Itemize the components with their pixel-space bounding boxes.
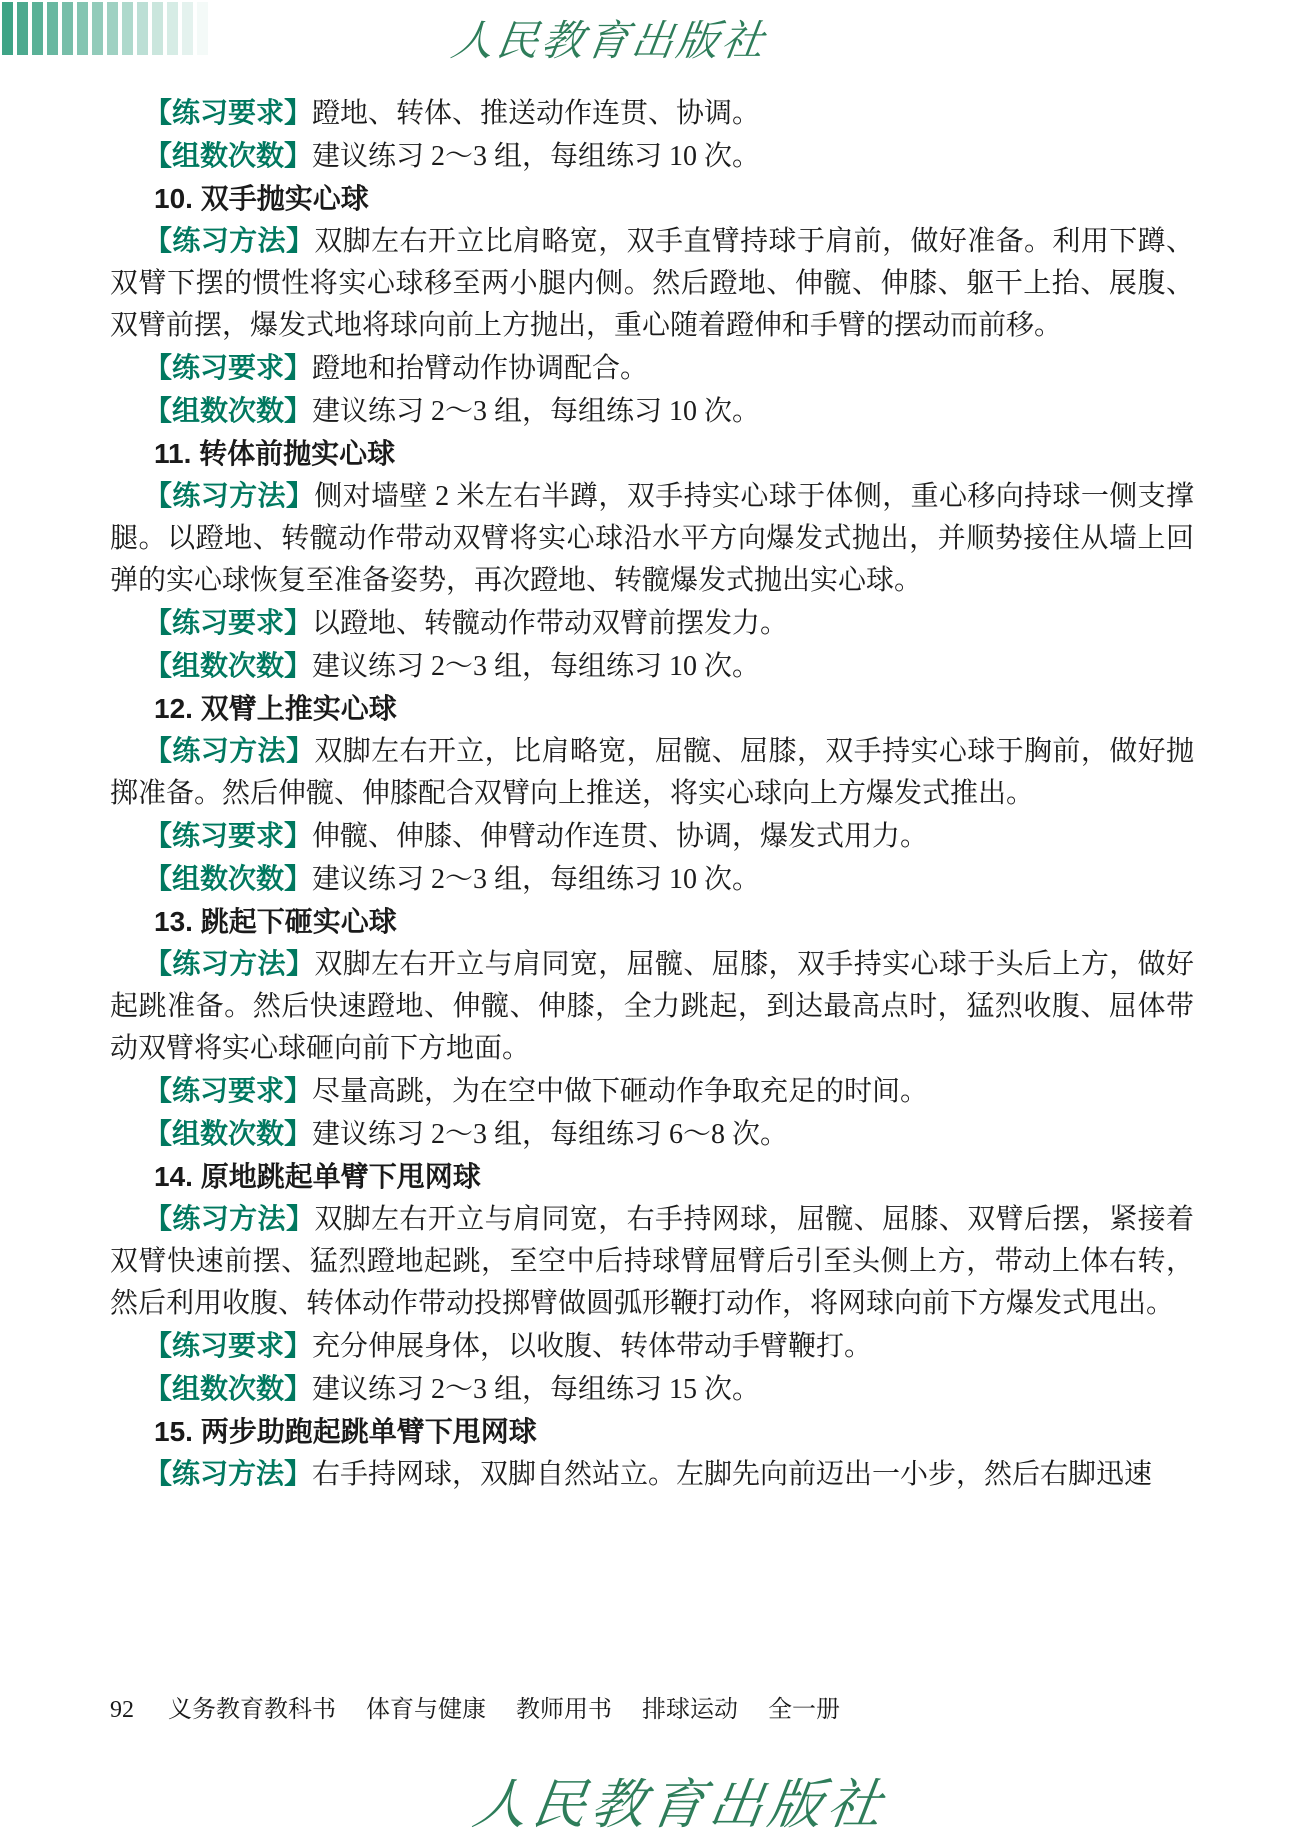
footer-segment: 全一册 [768, 1695, 840, 1725]
practice-label: 【练习方法】 [144, 225, 314, 256]
decorative-bar [77, 2, 88, 55]
decorative-bar [17, 2, 28, 55]
practice-text: 伸髋、伸膝、伸臂动作连贯、协调，爆发式用力。 [312, 821, 928, 852]
practice-text: 蹬地和抬臂动作协调配合。 [312, 353, 648, 384]
practice-text: 蹬地、转体、推送动作连贯、协调。 [312, 98, 760, 129]
exercise-heading: 10. 双手抛实心球 [110, 178, 1194, 220]
practice-text: 以蹬地、转髋动作带动双臂前摆发力。 [312, 608, 788, 639]
footer-segment: 排球运动 [642, 1695, 738, 1725]
practice-paragraph: 【组数次数】建议练习 2～3 组，每组练习 10 次。 [110, 135, 1194, 178]
decorative-bar [182, 2, 193, 55]
footer-title: 义务教育教科书体育与健康教师用书排球运动全一册 [168, 1695, 840, 1725]
decorative-bar [62, 2, 73, 55]
practice-paragraph: 【练习要求】以蹬地、转髋动作带动双臂前摆发力。 [110, 602, 1194, 645]
practice-text: 建议练习 2～3 组，每组练习 15 次。 [312, 1374, 760, 1405]
practice-text: 建议练习 2～3 组，每组练习 10 次。 [312, 396, 760, 427]
footer-segment: 教师用书 [516, 1695, 612, 1725]
practice-label: 【组数次数】 [144, 395, 312, 426]
footer-segment: 体育与健康 [366, 1695, 486, 1725]
practice-paragraph: 【练习要求】伸髋、伸膝、伸臂动作连贯、协调，爆发式用力。 [110, 815, 1194, 858]
practice-label: 【组数次数】 [144, 650, 312, 681]
exercise-heading: 15. 两步助跑起跳单臂下甩网球 [110, 1411, 1194, 1453]
practice-label: 【练习要求】 [144, 352, 312, 383]
practice-paragraph: 【练习要求】蹬地和抬臂动作协调配合。 [110, 347, 1194, 390]
practice-paragraph: 【练习方法】双脚左右开立与肩同宽，右手持网球，屈髋、屈膝、双臂后摆，紧接着双臂快… [110, 1198, 1194, 1325]
page: 人民教育出版社 【练习要求】蹬地、转体、推送动作连贯、协调。【组数次数】建议练习… [0, 0, 1303, 1842]
practice-label: 【练习要求】 [144, 607, 312, 638]
publisher-logo-bottom: 人民教育出版社 [469, 1762, 893, 1839]
decorative-bar [2, 2, 13, 55]
practice-label: 【练习要求】 [144, 1075, 312, 1106]
exercise-heading: 13. 跳起下砸实心球 [110, 901, 1194, 943]
practice-paragraph: 【组数次数】建议练习 2～3 组，每组练习 6～8 次。 [110, 1113, 1194, 1156]
exercise-heading: 14. 原地跳起单臂下甩网球 [110, 1156, 1194, 1198]
practice-paragraph: 【组数次数】建议练习 2～3 组，每组练习 15 次。 [110, 1368, 1194, 1411]
exercise-heading: 12. 双臂上推实心球 [110, 688, 1194, 730]
practice-paragraph: 【练习要求】蹬地、转体、推送动作连贯、协调。 [110, 92, 1194, 135]
practice-label: 【练习要求】 [144, 820, 312, 851]
practice-label: 【练习方法】 [144, 948, 314, 979]
practice-text: 建议练习 2～3 组，每组练习 10 次。 [312, 651, 760, 682]
decorative-bar [167, 2, 178, 55]
page-footer: 92 义务教育教科书体育与健康教师用书排球运动全一册 [110, 1695, 1194, 1725]
practice-paragraph: 【练习方法】侧对墙壁 2 米左右半蹲，双手持实心球于体侧，重心移向持球一侧支撑腿… [110, 475, 1194, 602]
practice-text: 建议练习 2～3 组，每组练习 10 次。 [312, 141, 760, 172]
decorative-bar [197, 2, 208, 55]
practice-paragraph: 【练习要求】充分伸展身体，以收腹、转体带动手臂鞭打。 [110, 1325, 1194, 1368]
footer-segment: 义务教育教科书 [168, 1695, 336, 1725]
practice-paragraph: 【练习方法】右手持网球，双脚自然站立。左脚先向前迈出一小步，然后右脚迅速 [110, 1453, 1194, 1496]
practice-label: 【练习要求】 [144, 1330, 312, 1361]
practice-text: 建议练习 2～3 组，每组练习 10 次。 [312, 864, 760, 895]
exercise-heading: 11. 转体前抛实心球 [110, 433, 1194, 475]
practice-paragraph: 【组数次数】建议练习 2～3 组，每组练习 10 次。 [110, 390, 1194, 433]
practice-paragraph: 【组数次数】建议练习 2～3 组，每组练习 10 次。 [110, 645, 1194, 688]
page-number: 92 [110, 1695, 134, 1725]
publisher-logo-top: 人民教育出版社 [448, 8, 771, 68]
practice-text: 尽量高跳，为在空中做下砸动作争取充足的时间。 [312, 1076, 928, 1107]
practice-label: 【组数次数】 [144, 1118, 312, 1149]
decorative-bar [107, 2, 118, 55]
decorative-bar [152, 2, 163, 55]
practice-text: 充分伸展身体，以收腹、转体带动手臂鞭打。 [312, 1331, 872, 1362]
practice-label: 【组数次数】 [144, 140, 312, 171]
practice-text: 右手持网球，双脚自然站立。左脚先向前迈出一小步，然后右脚迅速 [312, 1459, 1152, 1490]
practice-label: 【组数次数】 [144, 863, 312, 894]
decorative-bar [122, 2, 133, 55]
practice-label: 【练习方法】 [144, 1458, 312, 1489]
practice-paragraph: 【练习要求】尽量高跳，为在空中做下砸动作争取充足的时间。 [110, 1070, 1194, 1113]
practice-paragraph: 【组数次数】建议练习 2～3 组，每组练习 10 次。 [110, 858, 1194, 901]
practice-label: 【练习方法】 [144, 1203, 314, 1234]
practice-label: 【练习方法】 [144, 735, 314, 766]
practice-paragraph: 【练习方法】双脚左右开立比肩略宽，双手直臂持球于肩前，做好准备。利用下蹲、双臂下… [110, 220, 1194, 347]
practice-paragraph: 【练习方法】双脚左右开立与肩同宽，屈髋、屈膝，双手持实心球于头后上方，做好起跳准… [110, 943, 1194, 1070]
content-area: 【练习要求】蹬地、转体、推送动作连贯、协调。【组数次数】建议练习 2～3 组，每… [110, 92, 1194, 1496]
practice-text: 建议练习 2～3 组，每组练习 6～8 次。 [312, 1119, 788, 1150]
decorative-bars [2, 2, 208, 55]
decorative-bar [32, 2, 43, 55]
decorative-bar [92, 2, 103, 55]
practice-label: 【组数次数】 [144, 1373, 312, 1404]
practice-label: 【练习要求】 [144, 97, 312, 128]
decorative-bar [47, 2, 58, 55]
practice-paragraph: 【练习方法】双脚左右开立，比肩略宽，屈髋、屈膝，双手持实心球于胸前，做好抛掷准备… [110, 730, 1194, 815]
practice-label: 【练习方法】 [144, 480, 314, 511]
decorative-bar [137, 2, 148, 55]
